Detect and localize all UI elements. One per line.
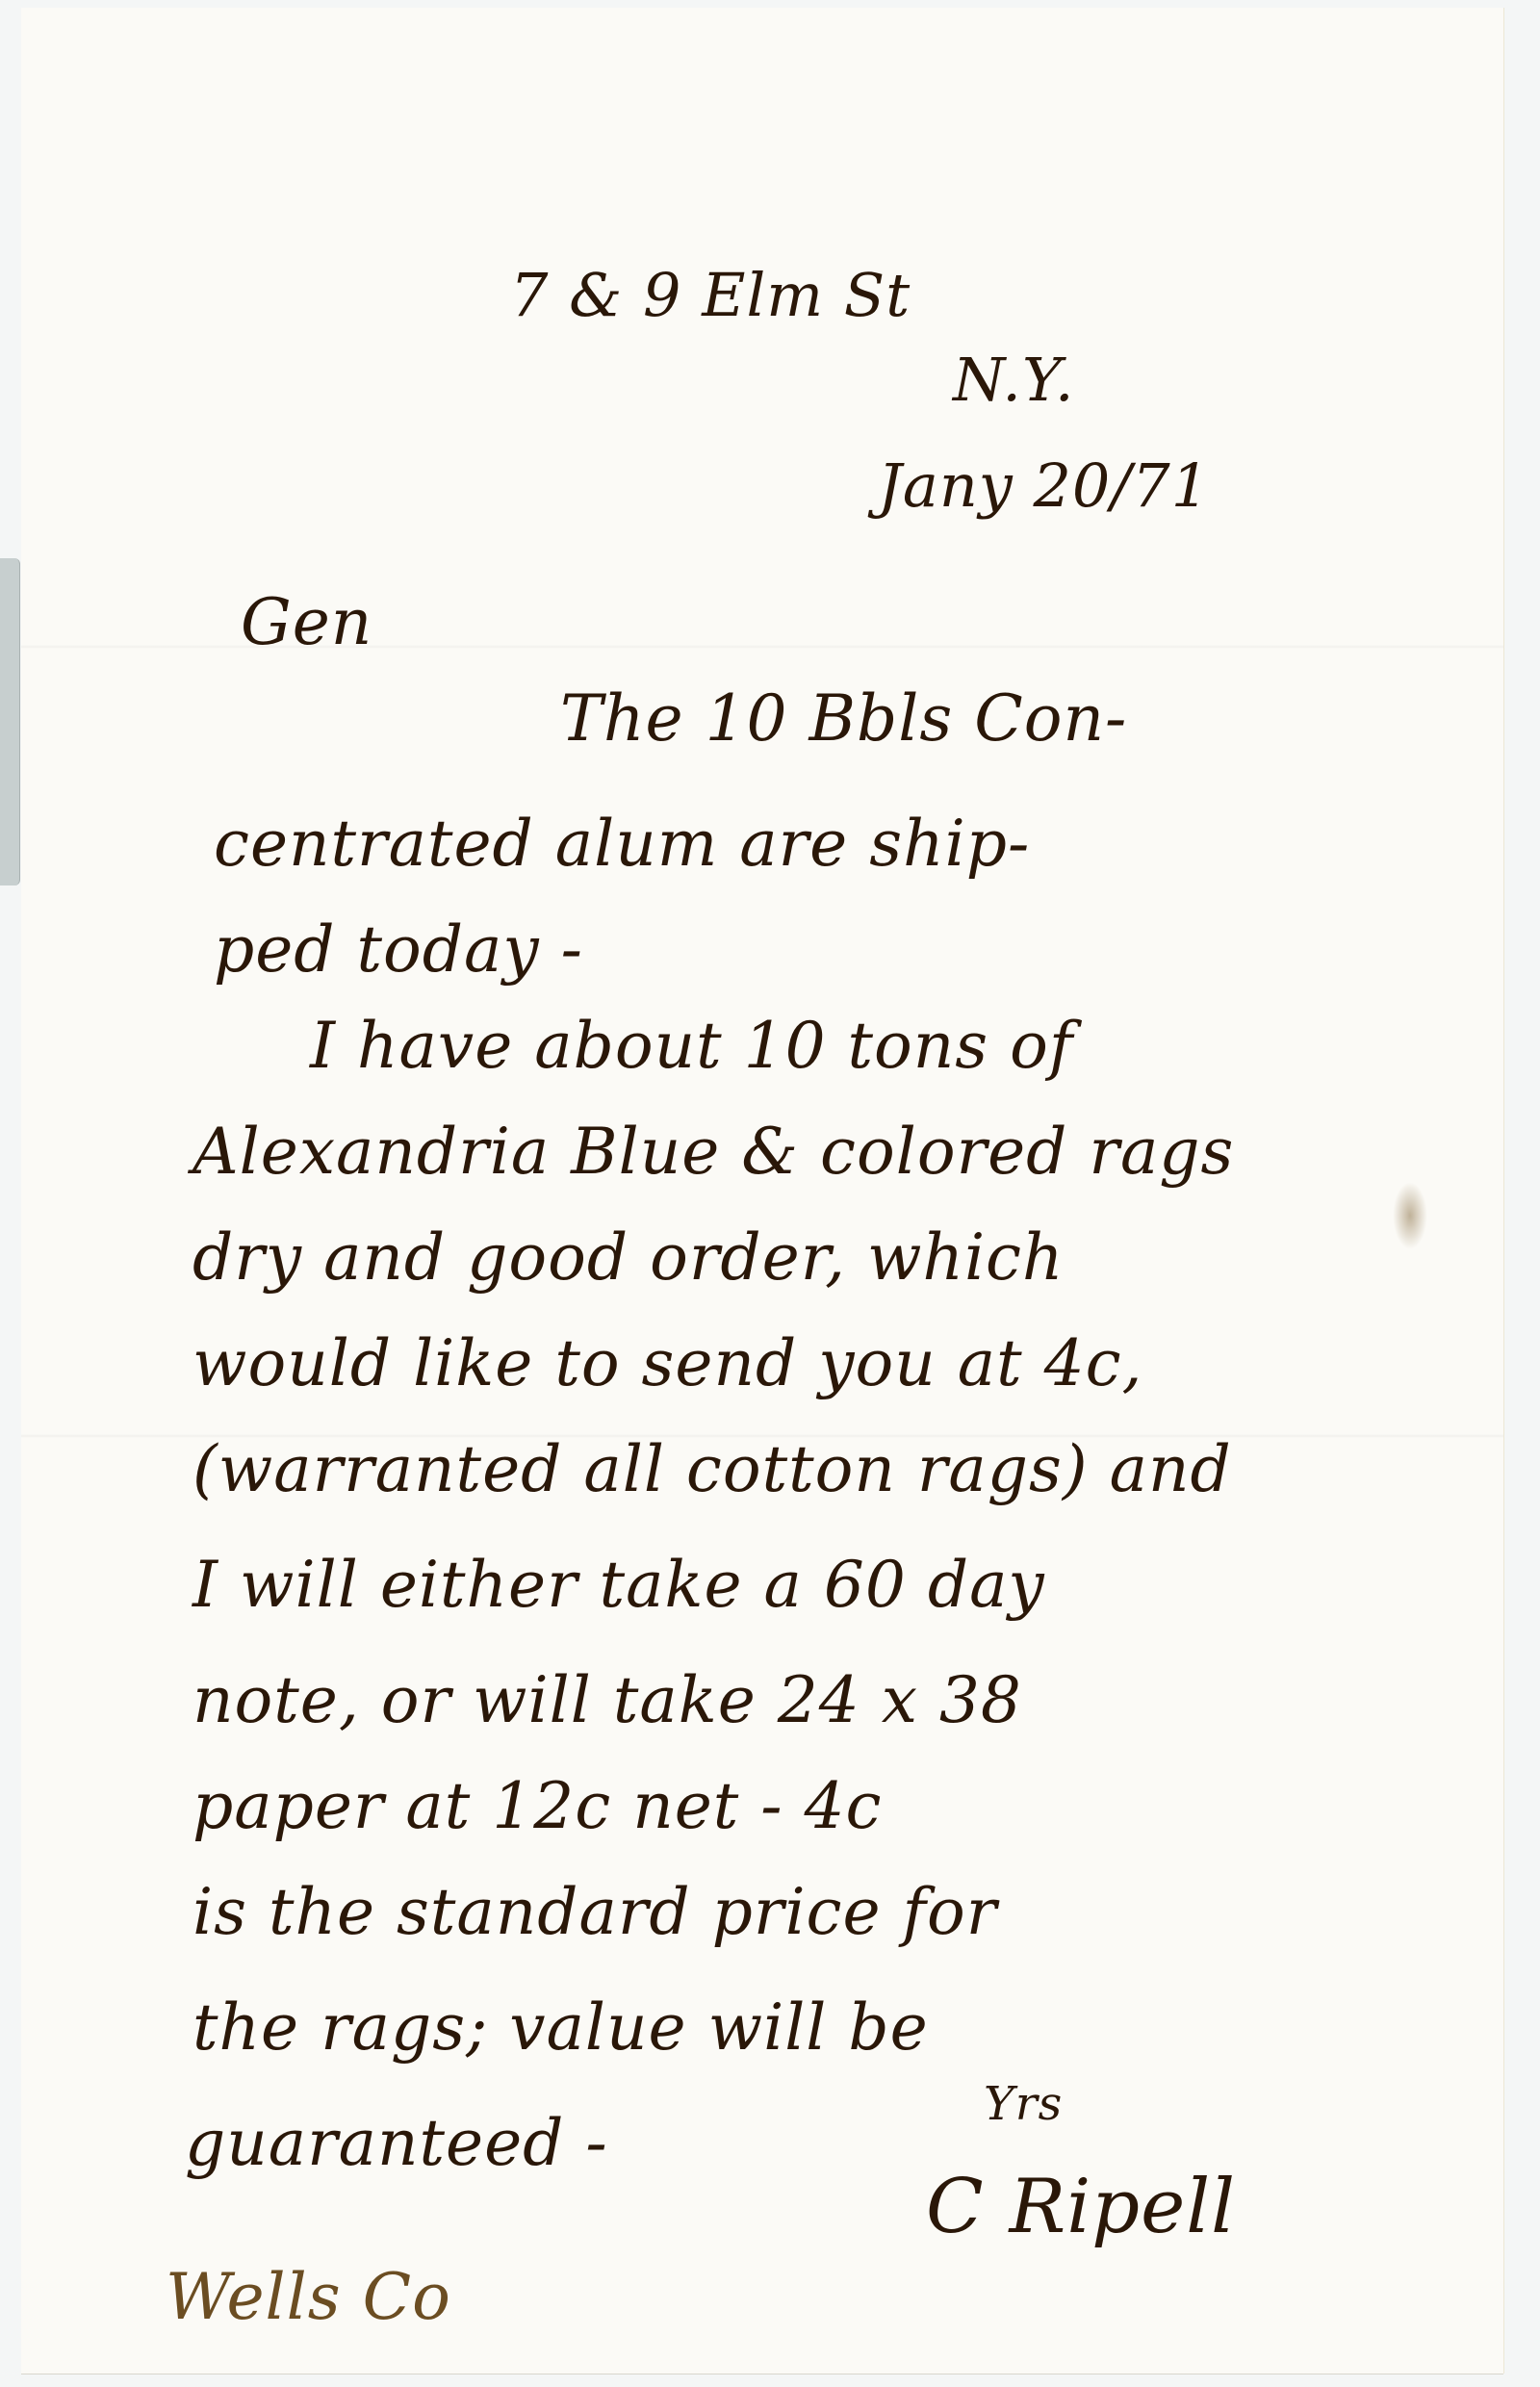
header-address: 7 & 9 Elm St [510, 260, 911, 330]
letter-page: 7 & 9 Elm St N.Y. Jany 20/71 Gen The 10 … [21, 8, 1503, 2374]
body-line: Alexandria Blue & colored rags [192, 1115, 1234, 1189]
body-line: is the standard price for [192, 1875, 997, 1949]
closing-yours: Yrs [984, 2077, 1063, 2131]
header-date: Jany 20/71 [878, 450, 1210, 521]
salutation: Gen [241, 585, 372, 659]
body-line: note, or will take 24 x 38 [192, 1663, 1022, 1737]
body-line: The 10 Bbls Con- [560, 681, 1127, 756]
body-line: guaranteed - [185, 2106, 608, 2180]
body-line: I will either take a 60 day [192, 1548, 1045, 1622]
binding-tab [0, 558, 20, 885]
addressee: Wells Co [166, 2260, 451, 2334]
body-line: ped today - [214, 912, 583, 987]
body-line: centrated alum are ship- [214, 807, 1030, 881]
header-city: N.Y. [953, 345, 1075, 415]
body-line: would like to send you at 4c, [192, 1326, 1143, 1400]
ink-stain [1393, 1182, 1427, 1249]
signature: C Ripell [926, 2164, 1236, 2250]
body-line: dry and good order, which [192, 1220, 1065, 1295]
body-line: (warranted all cotton rags) and [192, 1432, 1232, 1506]
body-line: I have about 10 tons of [310, 1009, 1073, 1083]
body-line: the rags; value will be [192, 1990, 929, 2065]
body-line: paper at 12c net - 4c [192, 1769, 883, 1843]
